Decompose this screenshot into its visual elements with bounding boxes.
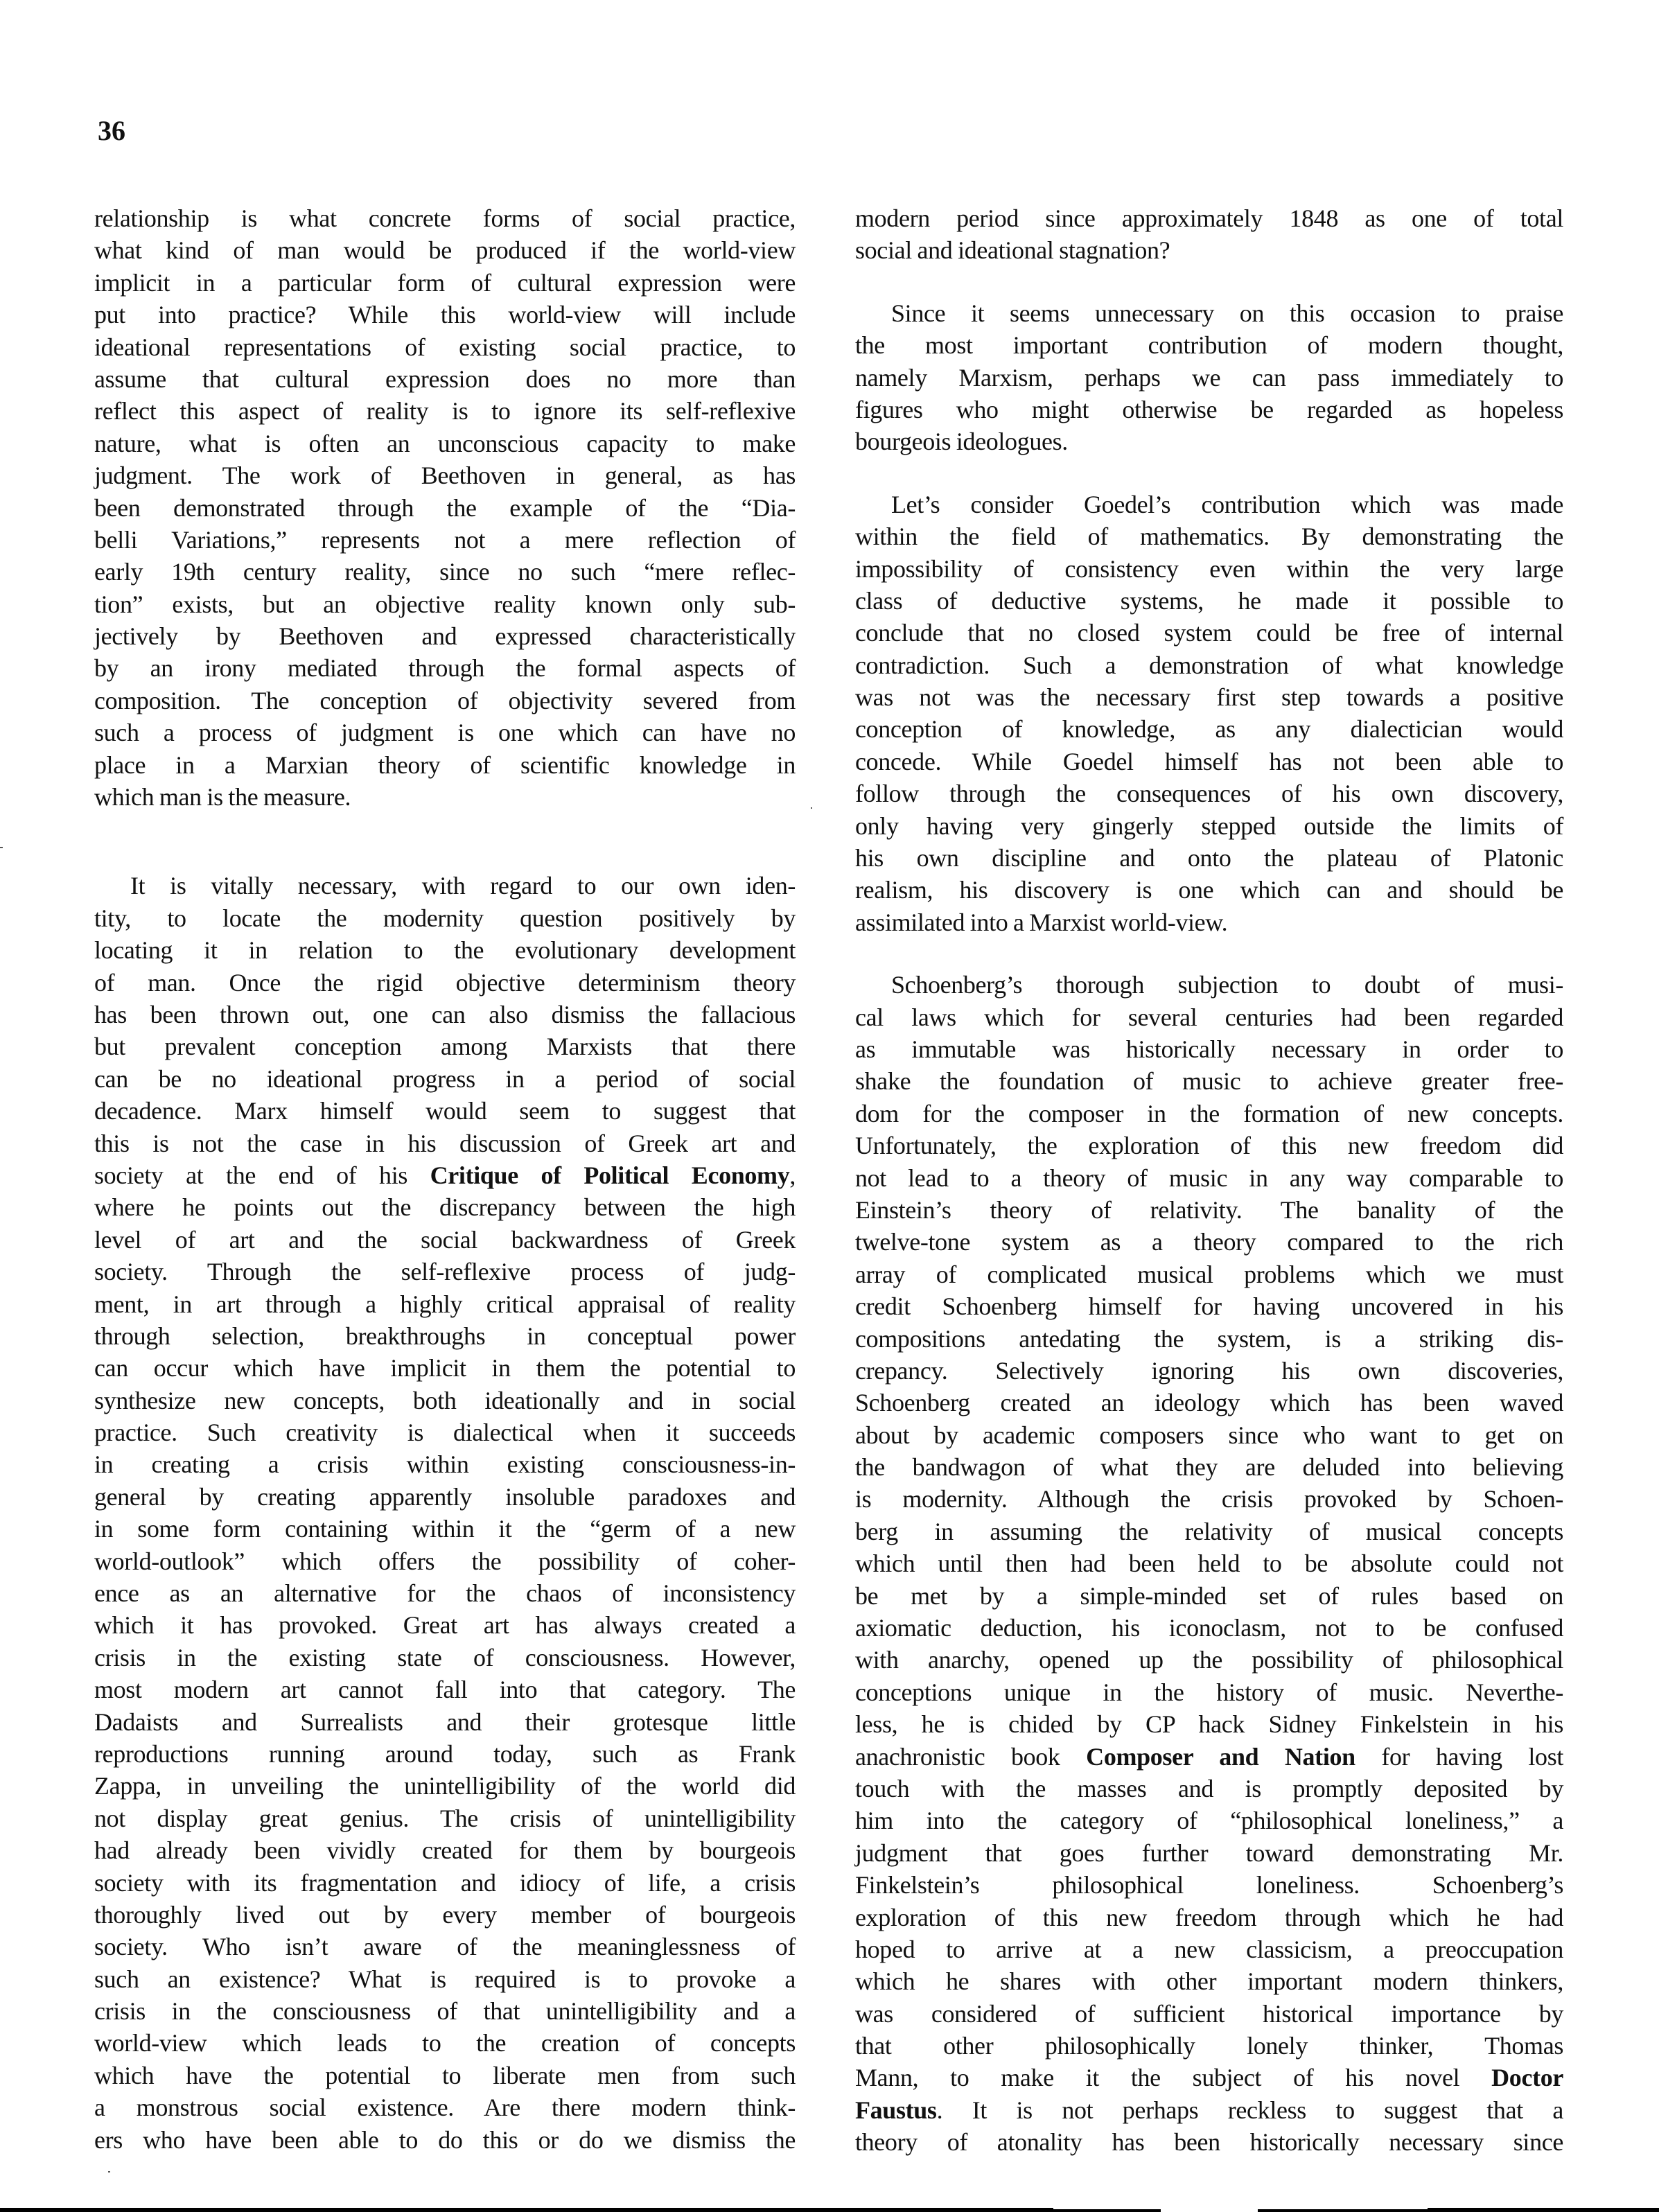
text-line: exploration of this new freedom through …: [855, 1902, 1563, 1933]
text-line: is modernity. Although the crisis provok…: [855, 1483, 1563, 1515]
text-line: It is vitally necessary, with regard to …: [94, 870, 796, 902]
text-line: assimilated into a Marxist world-view.: [855, 906, 1563, 938]
text-line: with anarchy, opened up the possibility …: [855, 1644, 1563, 1676]
document-page: 36 relationship is what concrete forms o…: [0, 0, 1659, 2212]
text-line: array of complicated musical problems wh…: [855, 1258, 1563, 1290]
paragraph-gap: [855, 938, 1563, 969]
text-line: concede. While Goedel himself has not be…: [855, 746, 1563, 778]
text-line: tion” exists, but an objective reality k…: [94, 588, 796, 620]
paragraph-modernity: It is vitally necessary, with regard to …: [94, 870, 796, 2156]
text-line: realism, his discovery is one which can …: [855, 874, 1563, 906]
text-line: which he shares with other important mod…: [855, 1965, 1563, 1997]
text-line: which it has provoked. Great art has alw…: [94, 1609, 796, 1641]
paragraph-gap: [94, 813, 796, 870]
text-line: conceptions unique in the history of mus…: [855, 1676, 1563, 1708]
text-line: belli Variations,” represents not a mere…: [94, 524, 796, 556]
text-line: cal laws which for several centuries had…: [855, 1001, 1563, 1033]
text-line: decadence. Marx himself would seem to su…: [94, 1095, 796, 1127]
scan-speck: [108, 2171, 110, 2172]
text-line: hoped to arrive at a new classicism, a p…: [855, 1933, 1563, 1965]
text-line: ence as an alternative for the chaos of …: [94, 1577, 796, 1609]
text-line: world-outlook” which offers the possibil…: [94, 1545, 796, 1577]
text-line: relationship is what concrete forms of s…: [94, 202, 796, 234]
text-line: composition. The conception of objectivi…: [94, 685, 796, 717]
paragraph-gap: [855, 458, 1563, 489]
text-line: general by creating apparently insoluble…: [94, 1481, 796, 1513]
text-line: can occur which have implicit in them th…: [94, 1352, 796, 1384]
text-line: Schoenberg created an ideology which has…: [855, 1387, 1563, 1419]
text-line: modern period since approximately 1848 a…: [855, 202, 1563, 234]
text-line: practice. Such creativity is dialectical…: [94, 1416, 796, 1448]
text-line: ment, in art through a highly critical a…: [94, 1288, 796, 1320]
text-line: society with its fragmentation and idioc…: [94, 1867, 796, 1899]
text-line: touch with the masses and is promptly de…: [855, 1773, 1563, 1805]
text-line: was considered of sufficient historical …: [855, 1998, 1563, 2030]
text-line: social and ideational stagnation?: [855, 234, 1563, 266]
text-line: most modern art cannot fall into that ca…: [94, 1674, 796, 1705]
text-line: what kind of man would be produced if th…: [94, 234, 796, 266]
scan-speck: [811, 807, 812, 809]
text-line: level of art and the social backwardness…: [94, 1224, 796, 1256]
text-line: nature, what is often an unconscious cap…: [94, 428, 796, 459]
text-line: crisis in the existing state of consciou…: [94, 1642, 796, 1674]
text-line: ideational representations of existing s…: [94, 331, 796, 363]
text-line: bourgeois ideologues.: [855, 425, 1563, 457]
book-title-doctor: Doctor: [1491, 2064, 1563, 2091]
text-line: dom for the composer in the formation of…: [855, 1098, 1563, 1130]
text-line: jectively by Beethoven and expressed cha…: [94, 620, 796, 652]
text-fragment: Mann, to make it the subject of his nove…: [855, 2064, 1491, 2091]
text-line: crisis in the consciousness of that unin…: [94, 1995, 796, 2027]
text-line: the most important contribution of moder…: [855, 329, 1563, 361]
text-line: Since it seems unnecessary on this occas…: [855, 297, 1563, 329]
book-title-critique: Critique of Political Economy: [430, 1161, 790, 1189]
text-line: him into the category of “philosophical …: [855, 1805, 1563, 1836]
text-line: implicit in a particular form of cultura…: [94, 267, 796, 299]
text-line: ers who have been able to do this or do …: [94, 2124, 796, 2156]
paragraph-schoenberg: Schoenberg’s thorough subjection to doub…: [855, 969, 1563, 2158]
text-line: credit Schoenberg himself for having unc…: [855, 1290, 1563, 1322]
text-line: Zappa, in unveiling the unintelligibilit…: [94, 1770, 796, 1802]
text-line: shake the foundation of music to achieve…: [855, 1065, 1563, 1097]
text-fragment: . It is not perhaps reckless to suggest …: [937, 2096, 1563, 2124]
text-line: be met by a simple-minded set of rules b…: [855, 1580, 1563, 1612]
paragraph-gap: [855, 267, 1563, 297]
text-line: conception of knowledge, as any dialecti…: [855, 713, 1563, 745]
paragraph-beethoven: relationship is what concrete forms of s…: [94, 202, 796, 813]
book-title-composer-and-nation: Composer and Nation: [1086, 1743, 1355, 1771]
text-line: judgment. The work of Beethoven in gener…: [94, 459, 796, 491]
text-line: locating it in relation to the evolution…: [94, 934, 796, 966]
text-line: not display great genius. The crisis of …: [94, 1802, 796, 1834]
text-line: Dadaists and Surrealists and their grote…: [94, 1706, 796, 1738]
text-line: Schoenberg’s thorough subjection to doub…: [855, 969, 1563, 1001]
text-line: society. Through the self-reflexive proc…: [94, 1256, 796, 1288]
text-line: a monstrous social existence. Are there …: [94, 2091, 796, 2123]
text-line: synthesize new concepts, both ideational…: [94, 1385, 796, 1416]
text-line: place in a Marxian theory of scientific …: [94, 749, 796, 781]
text-line: can be no ideational progress in a perio…: [94, 1063, 796, 1095]
paragraph-stagnation: modern period since approximately 1848 a…: [855, 202, 1563, 267]
text-line: follow through the consequences of his o…: [855, 778, 1563, 809]
text-line: has been thrown out, one can also dismis…: [94, 999, 796, 1030]
text-line: judgment that goes further toward demons…: [855, 1837, 1563, 1869]
text-line: contradiction. Such a demonstration of w…: [855, 649, 1563, 681]
text-fragment: society at the end of his: [94, 1161, 430, 1189]
text-line: where he points out the discrepancy betw…: [94, 1191, 796, 1223]
text-line: this is not the case in his discussion o…: [94, 1127, 796, 1159]
text-line: by an irony mediated through the formal …: [94, 652, 796, 684]
text-fragment: anachronistic book: [855, 1743, 1086, 1771]
right-column: modern period since approximately 1848 a…: [855, 202, 1563, 2159]
text-line: in some form containing within it the “g…: [94, 1513, 796, 1545]
text-line: Let’s consider Goedel’s contribution whi…: [855, 489, 1563, 520]
text-line: reproductions running around today, such…: [94, 1738, 796, 1770]
text-line: conclude that no closed system could be …: [855, 617, 1563, 649]
text-line: Unfortunately, the exploration of this n…: [855, 1130, 1563, 1161]
text-line: about by academic composers since who wa…: [855, 1419, 1563, 1451]
text-line: his own discipline and onto the plateau …: [855, 842, 1563, 874]
text-fragment: ,: [789, 1161, 796, 1189]
text-line-with-title: Mann, to make it the subject of his nove…: [855, 2062, 1563, 2093]
text-line-with-title: anachronistic book Composer and Nation f…: [855, 1741, 1563, 1773]
text-line: crepancy. Selectively ignoring his own d…: [855, 1355, 1563, 1387]
text-line: not lead to a theory of music in any way…: [855, 1162, 1563, 1194]
text-line: twelve-tone system as a theory compared …: [855, 1226, 1563, 1258]
text-line: less, he is chided by CP hack Sidney Fin…: [855, 1708, 1563, 1740]
text-line: reflect this aspect of reality is to ign…: [94, 395, 796, 427]
paragraph-marxism: Since it seems unnecessary on this occas…: [855, 297, 1563, 458]
text-line: assume that cultural expression does no …: [94, 363, 796, 395]
scan-edge-notch: [1161, 2208, 1258, 2212]
text-line-with-title: Faustus. It is not perhaps reckless to s…: [855, 2094, 1563, 2126]
text-line: but prevalent conception among Marxists …: [94, 1030, 796, 1062]
text-line: been demonstrated through the example of…: [94, 492, 796, 524]
text-line: of man. Once the rigid objective determi…: [94, 967, 796, 999]
text-line: such a process of judgment is one which …: [94, 717, 796, 748]
text-line: namely Marxism, perhaps we can pass imme…: [855, 362, 1563, 394]
text-line: figures who might otherwise be regarded …: [855, 394, 1563, 425]
scan-edge-bar: [0, 2208, 1659, 2212]
text-line: within the field of mathematics. By demo…: [855, 520, 1563, 552]
text-line: world-view which leads to the creation o…: [94, 2027, 796, 2059]
scan-speck: [0, 847, 3, 848]
text-line: thoroughly lived out by every member of …: [94, 1899, 796, 1931]
text-line: in creating a crisis within existing con…: [94, 1448, 796, 1480]
page-number: 36: [98, 115, 125, 147]
text-line: the bandwagon of what they are deluded i…: [855, 1451, 1563, 1483]
text-line: axiomatic deduction, his iconoclasm, not…: [855, 1612, 1563, 1644]
text-line: through selection, breakthroughs in conc…: [94, 1320, 796, 1352]
text-line: which until then had been held to be abs…: [855, 1547, 1563, 1579]
text-line: theory of atonality has been historicall…: [855, 2126, 1563, 2158]
text-line: impossibility of consistency even within…: [855, 553, 1563, 585]
text-line: which man is the measure.: [94, 781, 796, 813]
paragraph-goedel: Let’s consider Goedel’s contribution whi…: [855, 489, 1563, 938]
text-line: was not was the necessary first step tow…: [855, 681, 1563, 713]
text-line: berg in assuming the relativity of music…: [855, 1516, 1563, 1547]
text-line: Einstein’s theory of relativity. The ban…: [855, 1194, 1563, 1226]
text-line: compositions antedating the system, is a…: [855, 1323, 1563, 1355]
left-column: relationship is what concrete forms of s…: [94, 202, 796, 2156]
text-line: which have the potential to liberate men…: [94, 2060, 796, 2091]
text-line: class of deductive systems, he made it p…: [855, 585, 1563, 617]
text-line: put into practice? While this world-view…: [94, 299, 796, 331]
text-line-with-title: society at the end of his Critique of Po…: [94, 1159, 796, 1191]
text-line: tity, to locate the modernity question p…: [94, 902, 796, 934]
text-line: that other philosophically lonely thinke…: [855, 2030, 1563, 2062]
text-line: Finkelstein’s philosophical loneliness. …: [855, 1869, 1563, 1901]
text-line: such an existence? What is required is t…: [94, 1963, 796, 1995]
text-line: society. Who isn’t aware of the meaningl…: [94, 1931, 796, 1963]
book-title-faustus: Faustus: [855, 2096, 937, 2124]
text-line: early 19th century reality, since no suc…: [94, 556, 796, 588]
text-line: only having very gingerly stepped outsid…: [855, 810, 1563, 842]
text-line: had already been vividly created for the…: [94, 1834, 796, 1866]
text-line: as immutable was historically necessary …: [855, 1033, 1563, 1065]
text-fragment: for having lost: [1355, 1743, 1563, 1771]
